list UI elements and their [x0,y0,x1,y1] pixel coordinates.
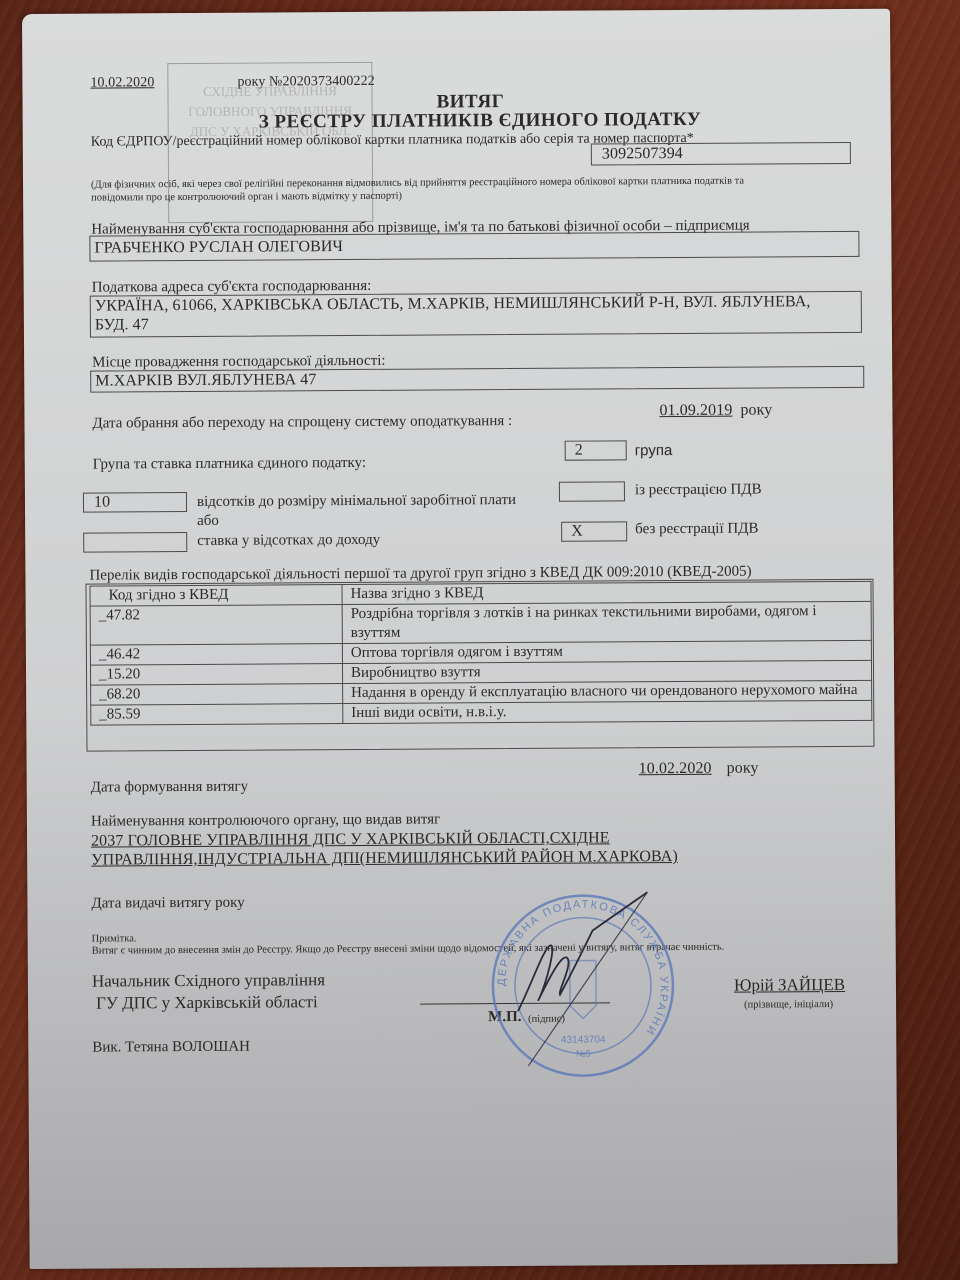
tax-code-value: 3092507394 [602,145,683,163]
group-field: 2 [565,440,627,460]
authority-line1: 2037 ГОЛОВНЕ УПРАВЛІННЯ ДПС У ХАРКІВСЬКІ… [91,829,610,850]
group-suffix: група [635,442,673,459]
kved-name: Надання в оренду й експлуатацію власного… [343,680,872,703]
tax-address-line1: УКРАЇНА, 61066, ХАРКІВСЬКА ОБЛАСТЬ, М.ХА… [95,293,811,315]
percent-value: 10 [94,493,110,511]
or-label: або [197,513,219,530]
authority-line2: УПРАВЛІННЯ,ІНДУСТРІАЛЬНА ДПІ(НЕМИШЛЯНСЬК… [91,848,678,870]
business-place-value: М.ХАРКІВ ВУЛ.ЯБЛУНЕВА 47 [95,371,316,390]
executor: Вик. Тетяна ВОЛОШАН [92,1039,250,1057]
kved-name: Інші види освіти, н.в.і.у. [343,700,872,723]
issue-date-label: Дата видачі витягу року [91,895,244,913]
extract-number: року №2020373400222 [237,74,374,91]
document-subtitle: З РЕЄСТРУ ПЛАТНИКІВ ЄДИНОГО ПОДАТКУ [259,109,702,134]
table-row: _47.82 Роздрібна торгівля з лотків і на … [90,601,871,645]
tax-code-field: 3092507394 [591,142,851,166]
tax-address-field: УКРАЇНА, 61066, ХАРКІВСЬКА ОБЛАСТЬ, М.ХА… [90,291,862,338]
tax-code-note-2: повідомили про це контролюючий орган і м… [91,191,402,204]
kved-code: _47.82 [90,605,342,646]
stamp-code: 43143704 [561,1034,606,1045]
document-page: СХІДНЕ УПРАВЛІННЯ ГОЛОВНОГО УПРАВЛІННЯ Д… [22,9,898,1269]
business-place-field: М.ХАРКІВ ВУЛ.ЯБЛУНЕВА 47 [90,366,864,393]
vat-with-field [559,481,625,501]
kved-col-code: Код згідно з КВЕД [90,585,342,607]
percent-field: 10 [83,492,187,513]
group-label: Група та ставка платника єдиного податку… [93,455,366,474]
table-row: _85.59 Інші види освіти, н.в.і.у. [91,700,872,725]
authority-label: Найменування контролюючого органу, що ви… [91,811,440,830]
tax-address-line2: БУД. 47 [95,316,149,334]
formation-date-label: Дата формування витягу [91,779,249,797]
vat-with-label: із реєстрацією ПДВ [635,481,762,499]
kved-code: _85.59 [91,704,343,726]
vat-without-field: X [561,521,627,541]
signer-position-line1: Начальник Східного управління [92,970,325,991]
signer-name-caption: (прізвище, ініціали) [744,999,833,1011]
percent-label: відсотків до розміру мінімальної заробіт… [197,492,516,511]
group-value: 2 [575,442,583,460]
kved-name: Роздрібна торгівля з лотків і на ринках … [342,601,871,643]
simplified-date-label: Дата обрання або переходу на спрощену си… [92,413,512,433]
header-date: 10.02.2020 [90,75,154,91]
formation-date-suffix: року [727,760,759,778]
stamp-number: №5 [576,1049,591,1059]
vat-without-value: X [571,523,583,541]
kved-code: _15.20 [90,664,342,686]
signer-position-line2: ГУ ДПС у Харківській області [96,992,318,1013]
vat-without-label: без реєстрації ПДВ [635,521,758,539]
signer-name: Юрій ЗАЙЦЕВ [734,975,845,996]
entity-field: ГРАБЧЕНКО РУСЛАН ОЛЕГОВИЧ [89,231,859,262]
kved-code: _68.20 [91,684,343,706]
official-stamp: ДЕРЖАВНА ПОДАТКОВА СЛУЖБА УКРАЇНИ 431437… [487,890,678,1081]
simplified-date-value: 01.09.2019 [659,402,732,420]
income-rate-label: ставка у відсотках до доходу [197,532,380,550]
simplified-date-suffix: року [740,401,772,419]
kved-table: Код згідно з КВЕД Назва згідно з КВЕД _4… [89,581,872,726]
income-rate-field [83,532,187,553]
formation-date-value: 10.02.2020 [639,760,712,778]
note-title: Примітка. [92,933,137,944]
kved-code: _46.42 [90,644,342,666]
entity-value: ГРАБЧЕНКО РУСЛАН ОЛЕГОВИЧ [94,238,343,258]
